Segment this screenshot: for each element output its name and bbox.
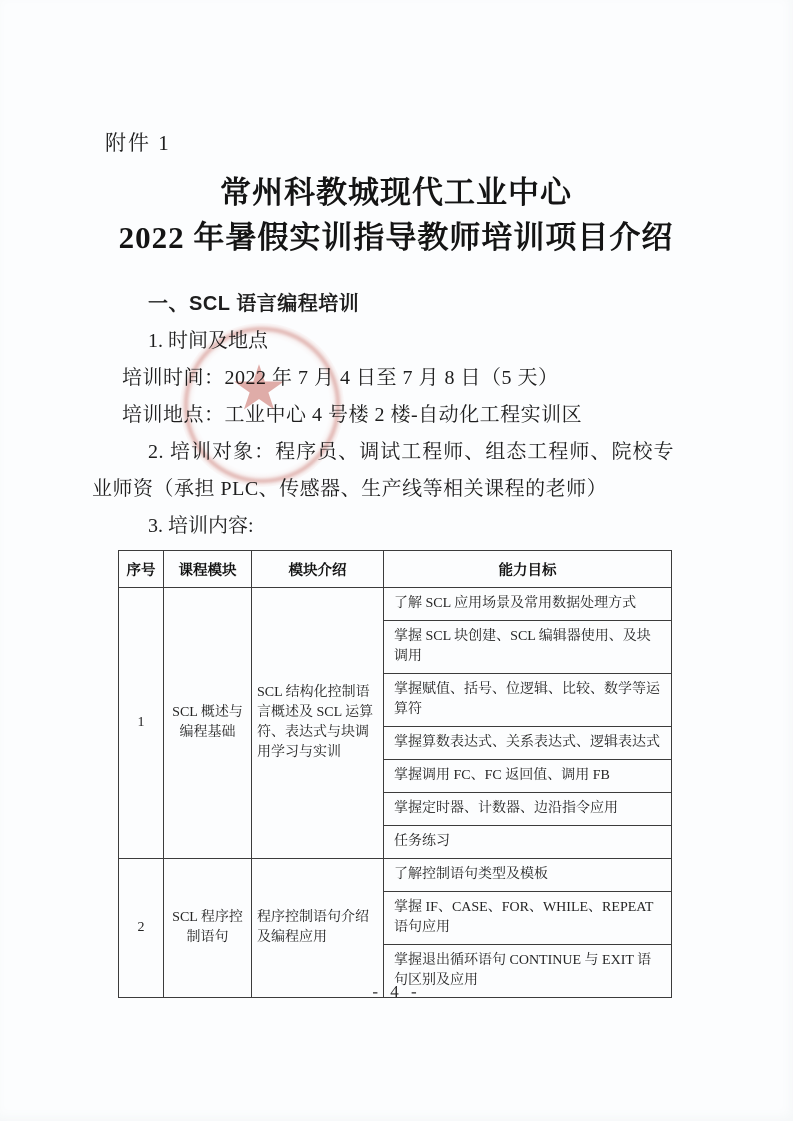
document-title-line2: 2022 年暑假实训指导教师培训项目介绍	[92, 215, 700, 260]
page-number: - 4 -	[0, 982, 793, 1002]
row2-goal-cell: 了解控制语句类型及模板	[384, 859, 672, 892]
paragraph-training-content-heading: 3. 培训内容:	[92, 508, 674, 545]
row2-index-cell: 2	[119, 859, 164, 998]
attachment-label: 附件 1	[105, 128, 700, 158]
table-row: 2 SCL 程序控制语句 程序控制语句介绍及编程应用 了解控制语句类型及模板	[119, 859, 672, 892]
column-header-goals: 能力目标	[384, 551, 672, 588]
row1-index-cell: 1	[119, 588, 164, 859]
row2-module-cell: SCL 程序控制语句	[164, 859, 252, 998]
table-header-row: 序号 课程模块 模块介绍 能力目标	[119, 551, 672, 588]
row1-goal-cell: 掌握定时器、计数器、边沿指令应用	[384, 793, 672, 826]
row1-goal-cell: 了解 SCL 应用场景及常用数据处理方式	[384, 588, 672, 621]
table-row: 1 SCL 概述与编程基础 SCL 结构化控制语言概述及 SCL 运算符、表达式…	[119, 588, 672, 621]
row1-goal-cell: 掌握 SCL 块创建、SCL 编辑器使用、及块调用	[384, 621, 672, 674]
paragraph-training-audience: 2. 培训对象：程序员、调试工程师、组态工程师、院校专业师资（承担 PLC、传感…	[92, 434, 674, 508]
document-title: 常州科教城现代工业中心 2022 年暑假实训指导教师培训项目介绍	[92, 170, 700, 260]
paragraph-training-time: 培训时间：2022 年 7 月 4 日至 7 月 8 日（5 天）	[92, 360, 674, 397]
row2-goal-cell: 掌握 IF、CASE、FOR、WHILE、REPEAT 语句应用	[384, 892, 672, 945]
paragraph-time-place-heading: 1. 时间及地点	[92, 323, 674, 360]
document-content: 附件 1 常州科教城现代工业中心 2022 年暑假实训指导教师培训项目介绍 一、…	[92, 128, 700, 998]
scanned-document-page: 附件 1 常州科教城现代工业中心 2022 年暑假实训指导教师培训项目介绍 一、…	[0, 0, 793, 1121]
paragraph-training-place: 培训地点：工业中心 4 号楼 2 楼-自动化工程实训区	[92, 397, 674, 434]
section-heading: 一、SCL 语言编程培训	[92, 286, 674, 323]
row1-module-cell: SCL 概述与编程基础	[164, 588, 252, 859]
row2-intro-cell: 程序控制语句介绍及编程应用	[252, 859, 384, 998]
column-header-index: 序号	[119, 551, 164, 588]
column-header-intro: 模块介绍	[252, 551, 384, 588]
row1-goal-cell: 掌握调用 FC、FC 返回值、调用 FB	[384, 760, 672, 793]
row1-goal-cell: 掌握赋值、括号、位逻辑、比较、数学等运算符	[384, 674, 672, 727]
column-header-module: 课程模块	[164, 551, 252, 588]
row1-goal-cell: 掌握算数表达式、关系表达式、逻辑表达式	[384, 727, 672, 760]
document-title-line1: 常州科教城现代工业中心	[92, 170, 700, 215]
row1-goal-cell: 任务练习	[384, 826, 672, 859]
training-content-table: 序号 课程模块 模块介绍 能力目标 1 SCL 概述与编程基础 SCL 结构化控…	[118, 550, 672, 998]
row1-intro-cell: SCL 结构化控制语言概述及 SCL 运算符、表达式与块调用学习与实训	[252, 588, 384, 859]
